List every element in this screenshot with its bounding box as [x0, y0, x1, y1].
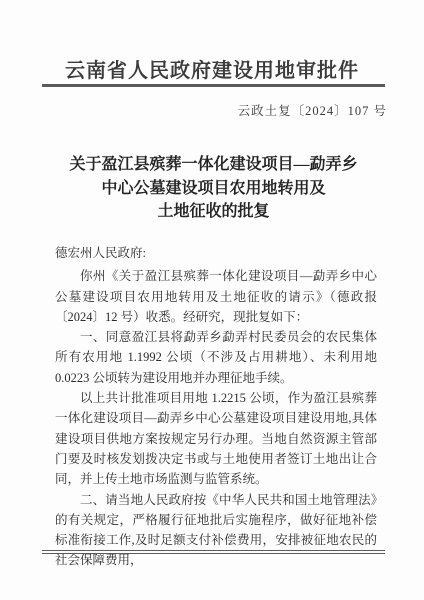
- document-body: 德宏州人民政府: 你州《关于盈江县殡葬一体化建设项目—勐弄乡中心公墓建设项目农用…: [55, 243, 377, 571]
- body-paragraph-item-1: 一、同意盈江县将勐弄乡勐弄村民委员会的农民集体所有农用地 1.1992 公顷（不…: [55, 327, 377, 388]
- document-page: 云南省人民政府建设用地审批件 云政土复〔2024〕107 号 关于盈江县殡葬一体…: [0, 0, 424, 600]
- body-paragraph-item-1-continued: 以上共计批准项目用地 1.2215 公顷，作为盈江县殡葬一体化建设项目—勐弄乡中…: [55, 388, 377, 489]
- subject-heading-line-1: 关于盈江县殡葬一体化建设项目—勐弄乡: [42, 153, 385, 177]
- body-paragraph-item-2: 二、请当地人民政府按《中华人民共和国土地管理法》的有关规定，严格履行征地批后实施…: [55, 490, 377, 571]
- body-paragraph-intro: 你州《关于盈江县殡葬一体化建设项目—勐弄乡中心公墓建设项目农用地转用及土地征收的…: [55, 266, 377, 327]
- document-reference-number: 云政土复〔2024〕107 号: [238, 101, 387, 119]
- salutation: 德宏州人民政府:: [55, 243, 377, 263]
- subject-heading: 关于盈江县殡葬一体化建设项目—勐弄乡 中心公墓建设项目农用地转用及 土地征收的批…: [42, 153, 385, 224]
- footer-divider-rule: [42, 550, 385, 554]
- document-header-title: 云南省人民政府建设用地审批件: [0, 54, 424, 83]
- subject-heading-line-3: 土地征收的批复: [42, 200, 385, 224]
- subject-heading-line-2: 中心公墓建设项目农用地转用及: [42, 177, 385, 201]
- header-divider-rule: [42, 84, 385, 87]
